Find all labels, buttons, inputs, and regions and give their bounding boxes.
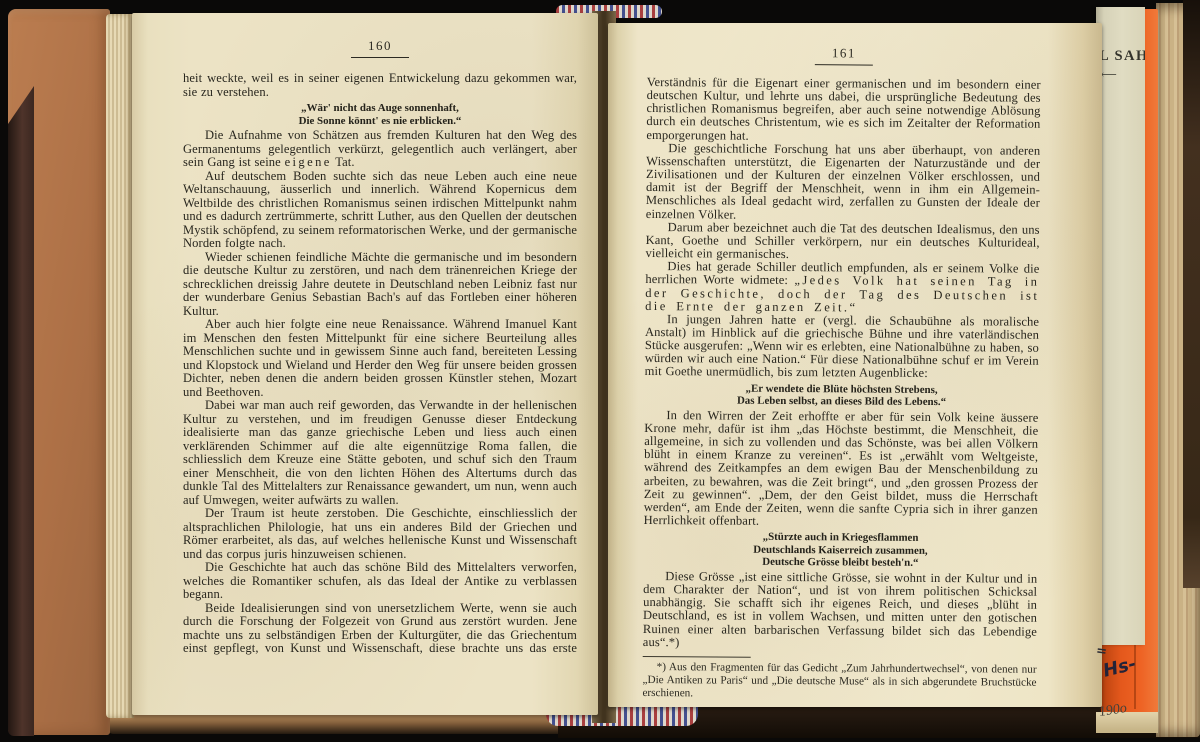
paragraph: Dies hat gerade Schiller deutlich empfun… — [645, 260, 1039, 315]
paragraph: Beide Idealisierungen sind von unersetzl… — [183, 602, 577, 656]
verse-quote: „Wär' nicht das Auge sonnenhaft,Die Sonn… — [183, 102, 577, 127]
body-text: Die geschichtliche Forschung hat uns abe… — [646, 141, 1041, 221]
verse-quote: „Er wendete die Blüte höchsten Strebens,… — [644, 382, 1038, 410]
body-text: Aber auch hier folgte eine neue Renaissa… — [183, 317, 577, 399]
paragraph: In den Wirren der Zeit erhoffte er aber … — [644, 409, 1039, 530]
paragraph: Dabei war man auch reif geworden, das Ve… — [183, 399, 577, 507]
paragraph: Der Traum ist heute zerstoben. Die Gesch… — [183, 507, 577, 561]
verse-quote: „Stürzte auch in KriegesflammenDeutschla… — [643, 530, 1037, 571]
body-text: Wieder schienen feindliche Mächte die ge… — [183, 250, 577, 318]
body-text: Die Geschichte hat auch das schöne Bild … — [183, 560, 577, 601]
paragraph: Auf deutschem Boden suchte sich das neue… — [183, 170, 577, 251]
body-text: Diese Grösse „ist eine sittliche Grösse,… — [643, 569, 1038, 649]
body-text: Darum aber bezeichnet auch die Tat des d… — [645, 220, 1039, 261]
paragraph: Die geschichtliche Forschung hat uns abe… — [646, 142, 1041, 224]
next-page-header-fragment: L SAHL — [1099, 48, 1145, 65]
right-page: 161 Verständnis für die Eigenart einer g… — [608, 23, 1102, 707]
arrow-mark: ⟵ — [1101, 68, 1117, 81]
cover-board-edge — [8, 86, 34, 736]
body-text: Beide Idealisierungen sind von unersetzl… — [183, 601, 577, 656]
paragraph: Wieder schienen feindliche Mächte die ge… — [183, 251, 577, 319]
body-text: Der Traum ist heute zerstoben. Die Gesch… — [183, 506, 577, 561]
handwritten-corner-marks: = — [1095, 643, 1108, 659]
paragraph: Verständnis für die Eigenart einer germa… — [646, 76, 1040, 145]
letterspaced-text: eigene — [285, 155, 332, 169]
left-page: 160 heit weckte, weil es in seiner eigen… — [132, 13, 598, 715]
paragraph: heit weckte, weil es in seiner eigenen E… — [183, 72, 577, 99]
body-text: In jungen Jahren hatte er (vergl. die Sc… — [645, 312, 1039, 380]
right-page-number-row: 161 — [647, 43, 1041, 67]
body-text: heit weckte, weil es in seiner eigenen E… — [183, 71, 577, 99]
body-text: Auf deutschem Boden suchte sich das neue… — [183, 169, 577, 251]
left-page-edge-stack — [106, 14, 134, 718]
page-number: 161 — [815, 45, 873, 65]
verse-line: „Wär' nicht das Auge sonnenhaft, — [183, 102, 577, 115]
book-scan-photo: { "scene": { "background_color": "#0a090… — [0, 0, 1200, 742]
body-text: Tat. — [332, 155, 355, 169]
paragraph: Darum aber bezeichnet auch die Tat des d… — [645, 221, 1039, 263]
paragraph: In jungen Jahren hatte er (vergl. die Sc… — [645, 313, 1039, 382]
left-page-text: heit weckte, weil es in seiner eigenen E… — [183, 72, 577, 656]
body-text: In den Wirren der Zeit erhoffte er aber … — [644, 408, 1039, 528]
left-page-number-row: 160 — [183, 37, 577, 58]
paragraph: Die Aufnahme von Schätzen aus fremden Ku… — [183, 129, 577, 170]
page-number: 160 — [351, 38, 409, 58]
right-page-content: 161 Verständnis für die Eigenart einer g… — [642, 43, 1041, 703]
protruding-next-page: L SAHL ⟵ — [1096, 7, 1145, 645]
verse-line: Die Sonne könnt' es nie erblicken.“ — [183, 115, 577, 128]
rear-cover-edge — [1183, 0, 1200, 588]
paragraph: Die Geschichte hat auch das schöne Bild … — [183, 561, 577, 602]
body-text: Dabei war man auch reif geworden, das Ve… — [183, 398, 577, 507]
paragraph: Aber auch hier folgte eine neue Renaissa… — [183, 318, 577, 399]
footnote-rule — [643, 656, 751, 658]
paragraph: Diese Grösse „ist eine sittliche Grösse,… — [643, 570, 1038, 652]
left-page-content: 160 heit weckte, weil es in seiner eigen… — [183, 37, 577, 656]
body-text: Verständnis für die Eigenart einer germa… — [646, 75, 1040, 142]
footnote: *) Aus den Fragmenten für das Gedicht „Z… — [642, 661, 1036, 703]
body-text: Die Aufnahme von Schätzen aus fremden Ku… — [183, 128, 577, 169]
right-page-text: Verständnis für die Eigenart einer germa… — [643, 76, 1041, 652]
